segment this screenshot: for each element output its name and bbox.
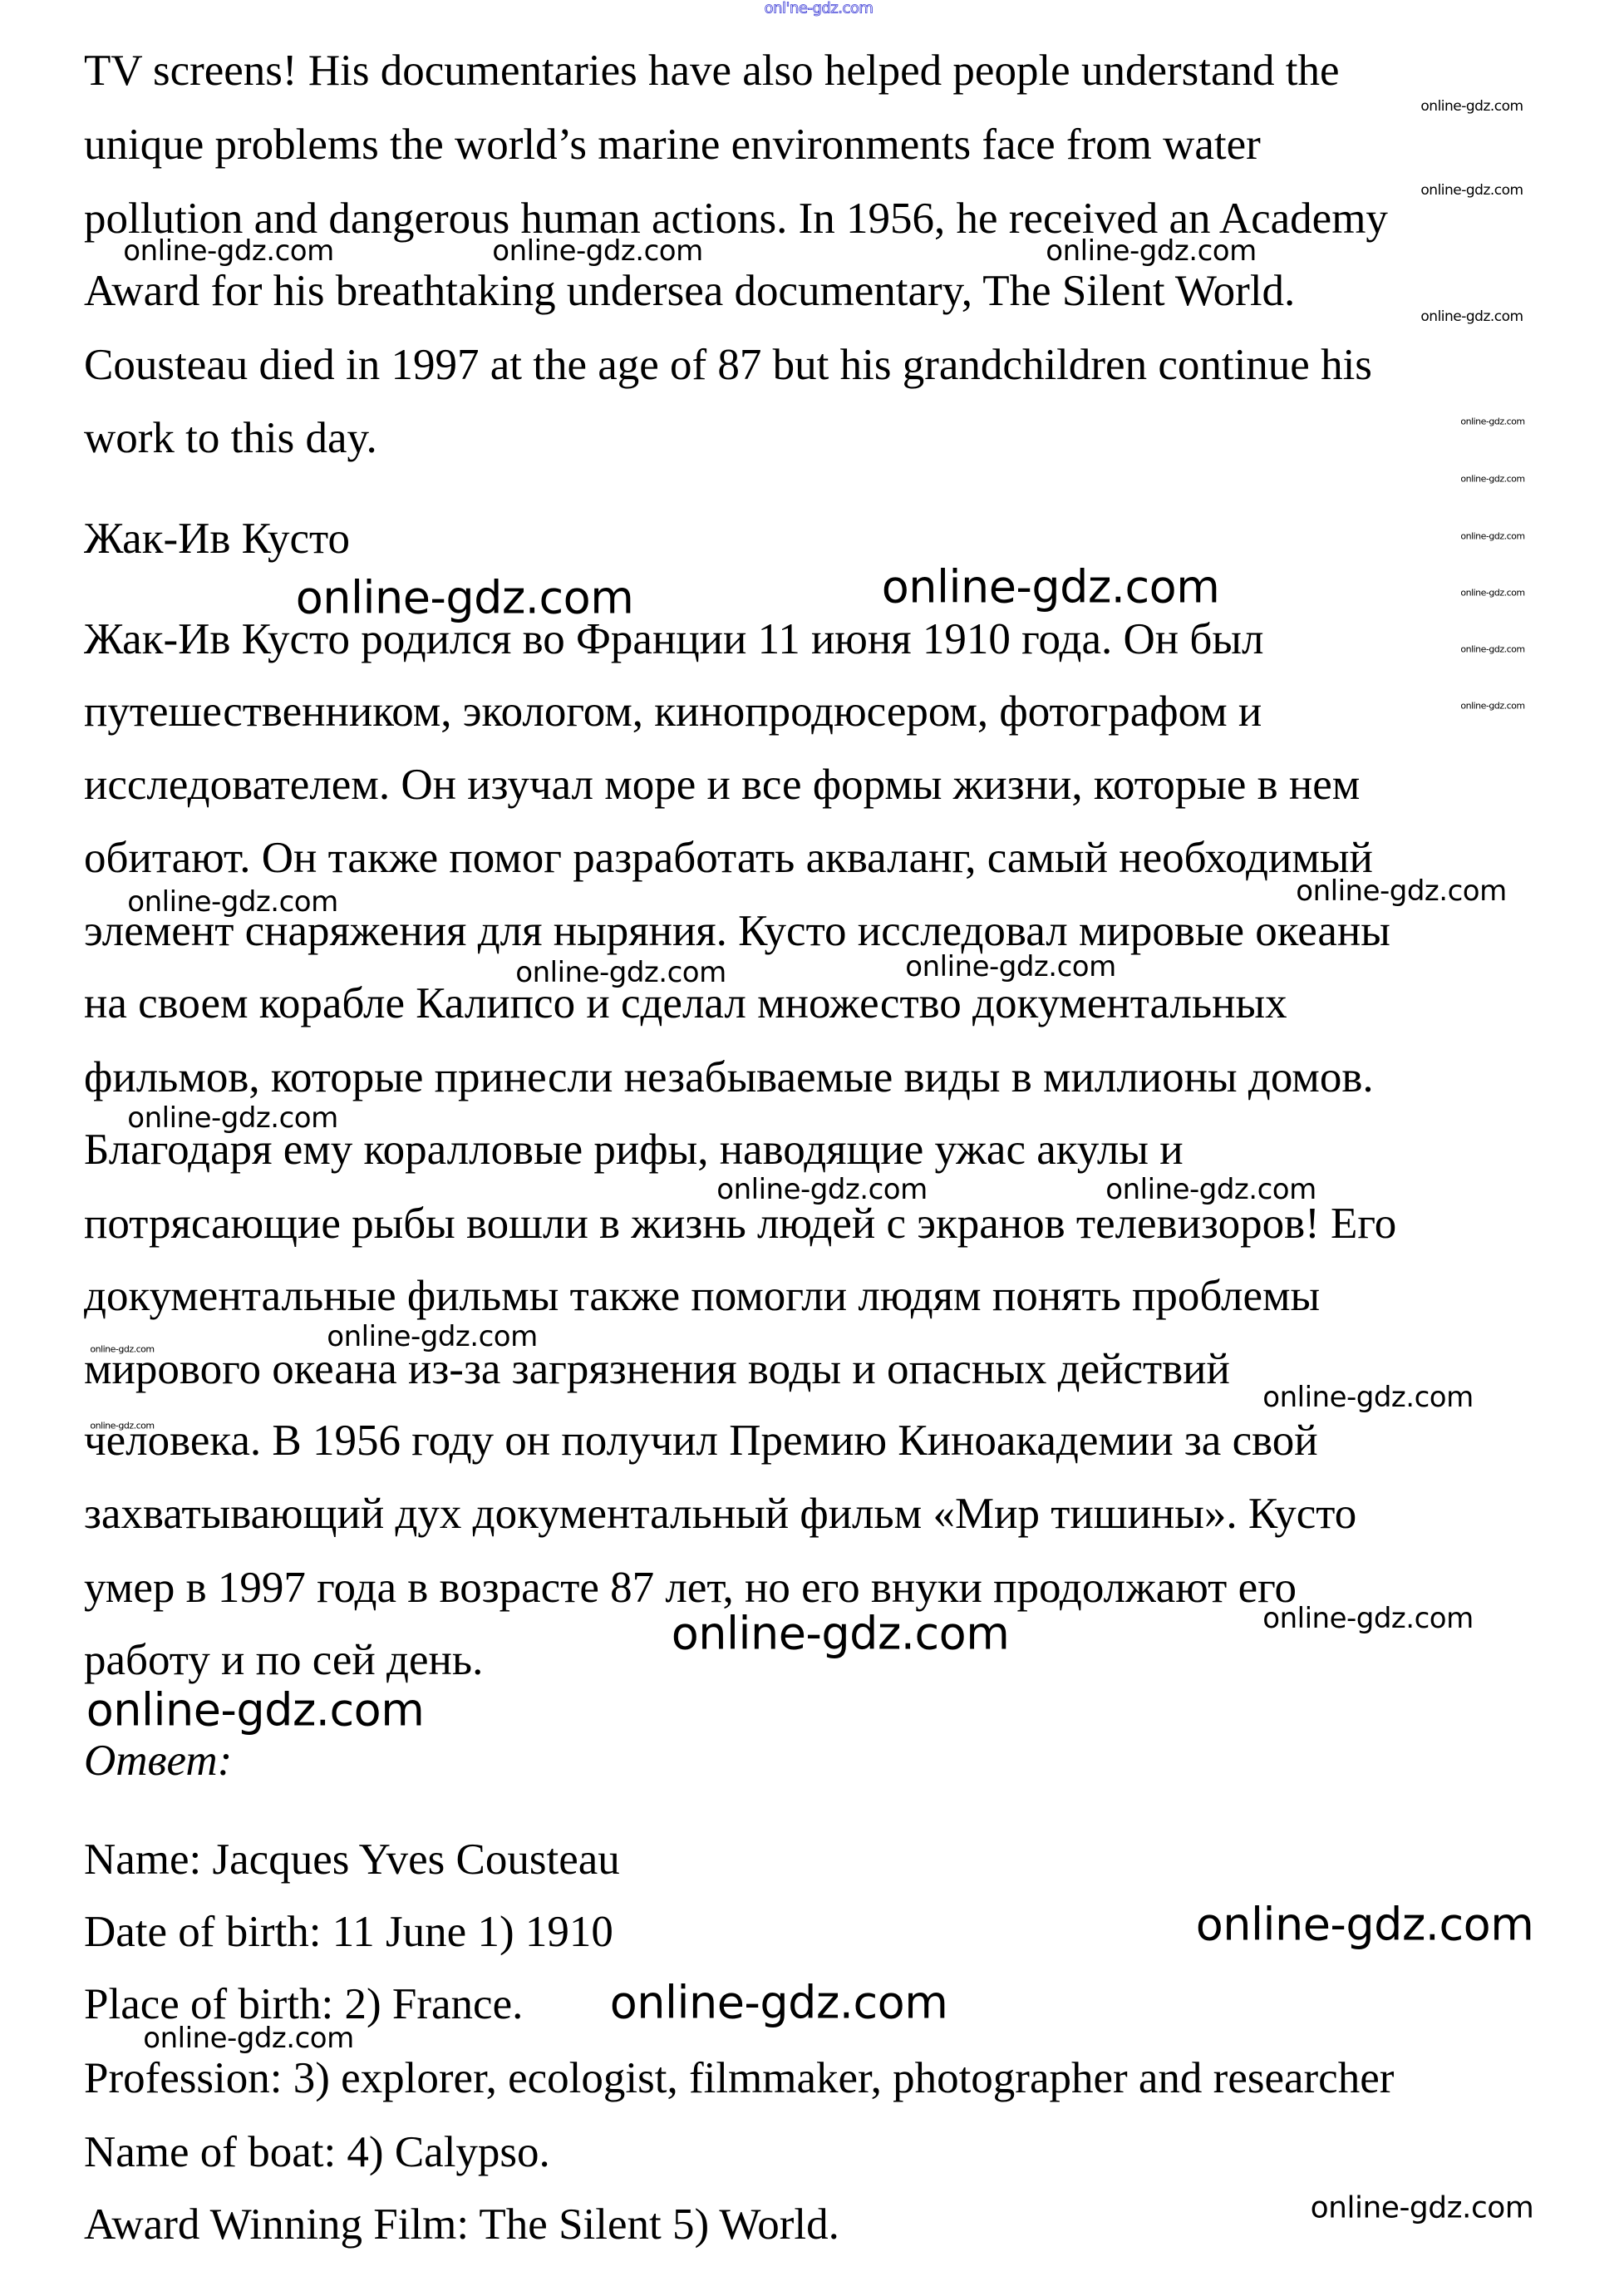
watermark: online-gdz.com xyxy=(127,885,337,919)
english-line: work to this day. xyxy=(84,413,377,463)
answer-profession: Profession: 3) explorer, ecologist, film… xyxy=(84,2053,1394,2103)
watermark: online-gdz.com xyxy=(90,1344,154,1355)
watermark: online-gdz.com xyxy=(1460,701,1524,712)
watermark: online-gdz.com xyxy=(127,1101,337,1135)
english-line: unique problems the world’s marine envir… xyxy=(84,120,1261,170)
watermark: online-gdz.com xyxy=(882,561,1220,613)
watermark: online-gdz.com xyxy=(1311,2191,1534,2225)
watermark: online-gdz.com xyxy=(1460,588,1524,599)
watermark: online-gdz.com xyxy=(1460,474,1524,485)
watermark: online-gdz.com xyxy=(1196,1899,1534,1951)
watermark: online-gdz.com xyxy=(123,234,333,268)
answer-film: Award Winning Film: The Silent 5) World. xyxy=(84,2200,839,2249)
russian-line: обитают. Он также помог разработать аква… xyxy=(84,833,1373,883)
watermark: online-gdz.com xyxy=(1420,98,1523,115)
russian-line: работу и по сей день. xyxy=(84,1635,483,1685)
watermark-top: onl'ne-gdz.com xyxy=(765,0,874,17)
watermark: online-gdz.com xyxy=(1262,1381,1473,1414)
watermark: online-gdz.com xyxy=(492,234,702,268)
watermark: online-gdz.com xyxy=(610,1977,948,2029)
watermark: online-gdz.com xyxy=(1420,182,1523,199)
russian-title: Жак-Ив Кусто xyxy=(84,514,350,564)
answer-date-of-birth: Date of birth: 11 June 1) 1910 xyxy=(84,1907,613,1957)
english-line: TV screens! His documentaries have also … xyxy=(84,46,1340,96)
watermark: online-gdz.com xyxy=(1420,308,1523,325)
watermark: online-gdz.com xyxy=(716,1173,927,1206)
answer-name: Name: Jacques Yves Cousteau xyxy=(84,1835,620,1885)
watermark: online-gdz.com xyxy=(1046,234,1256,268)
russian-line: человека. В 1956 году он получил Премию … xyxy=(84,1416,1318,1466)
watermark: online-gdz.com xyxy=(1460,644,1524,655)
answer-boat: Name of boat: 4) Calypso. xyxy=(84,2127,550,2177)
watermark: online-gdz.com xyxy=(86,1684,425,1737)
russian-line: путешественником, экологом, кинопродюсер… xyxy=(84,687,1262,737)
watermark: online-gdz.com xyxy=(515,956,726,989)
russian-line: исследователем. Он изучал море и все фор… xyxy=(84,760,1360,810)
russian-line: фильмов, которые принесли незабываемые в… xyxy=(84,1052,1374,1102)
watermark: online-gdz.com xyxy=(1296,875,1506,908)
watermark: online-gdz.com xyxy=(90,1421,154,1431)
english-line: Cousteau died in 1997 at the age of 87 b… xyxy=(84,340,1372,390)
watermark: online-gdz.com xyxy=(1460,416,1524,427)
russian-line: умер в 1997 года в возрасте 87 лет, но е… xyxy=(84,1563,1297,1613)
russian-line: Жак-Ив Кусто родился во Франции 11 июня … xyxy=(84,614,1263,664)
russian-line: мирового океана из-за загрязнения воды и… xyxy=(84,1344,1230,1394)
watermark: online-gdz.com xyxy=(905,950,1115,983)
document-page: TV screens! His documentaries have also … xyxy=(0,0,1624,2296)
russian-line: потрясающие рыбы вошли в жизнь людей с э… xyxy=(84,1199,1396,1249)
watermark: online-gdz.com xyxy=(1460,531,1524,542)
watermark: online-gdz.com xyxy=(672,1608,1010,1660)
watermark: online-gdz.com xyxy=(1262,1602,1473,1635)
russian-line: захватывающий дух документальный фильм «… xyxy=(84,1489,1356,1539)
english-line: Award for his breathtaking undersea docu… xyxy=(84,266,1295,316)
answer-label: Ответ: xyxy=(84,1736,232,1786)
watermark: online-gdz.com xyxy=(1105,1173,1316,1206)
watermark: online-gdz.com xyxy=(143,2022,353,2055)
russian-line: документальные фильмы также помогли людя… xyxy=(84,1271,1320,1321)
watermark: online-gdz.com xyxy=(296,572,634,624)
watermark: online-gdz.com xyxy=(327,1320,537,1353)
